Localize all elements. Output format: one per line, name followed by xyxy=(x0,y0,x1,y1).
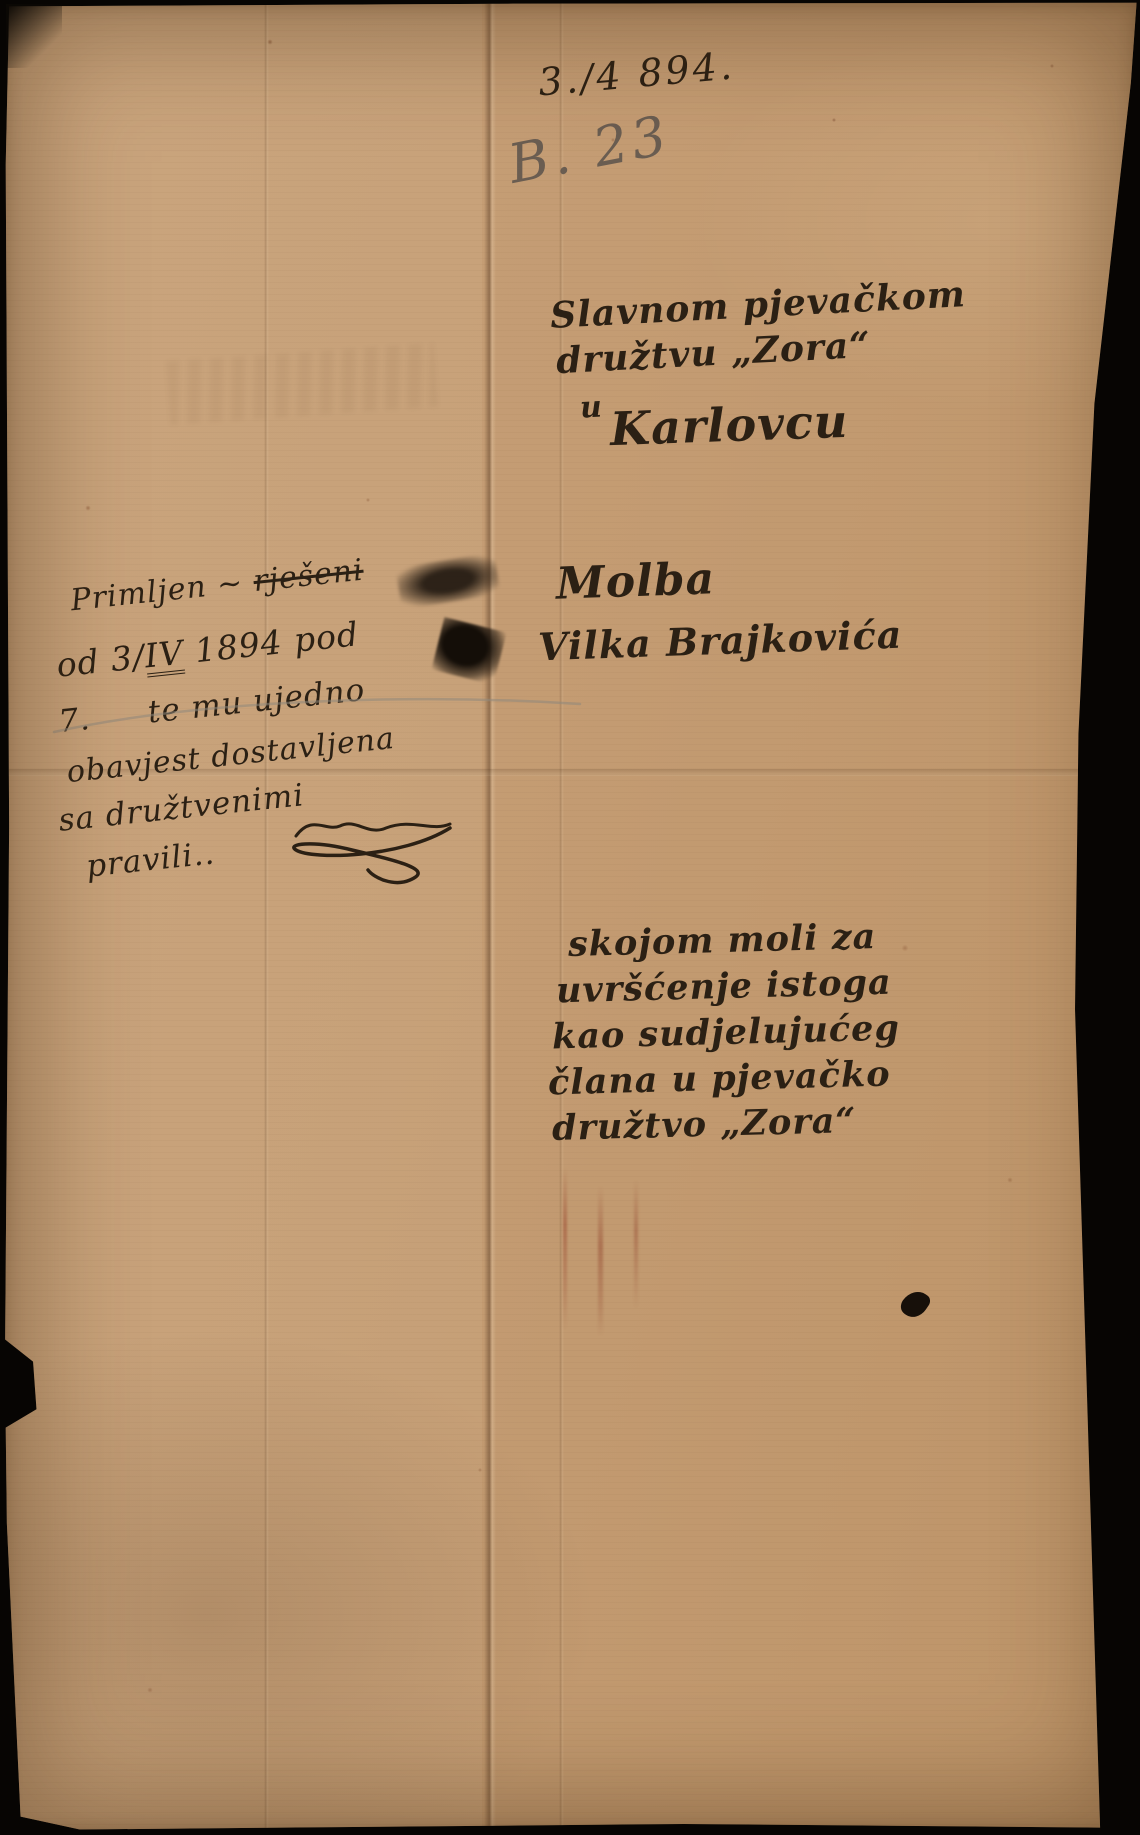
signature-paraph xyxy=(282,806,472,898)
body-line-1: skojom moli za xyxy=(568,916,877,965)
torn-corner-shadow xyxy=(6,4,62,68)
subject-title: Molba xyxy=(555,553,716,610)
recipient-line-1: Slavnom pjevačkom xyxy=(549,273,967,337)
vertical-crease-left-leaf xyxy=(264,0,269,1835)
ink-spot xyxy=(897,1286,933,1323)
body-line-3: kao sudjelujućeg xyxy=(552,1007,901,1057)
stain-streak xyxy=(563,1168,567,1330)
registry-note-line-1-text: Primljen ~ xyxy=(69,564,255,618)
ink-date-annotation: 3./4 894. xyxy=(536,44,736,105)
body-line-4: člana u pjevačko xyxy=(548,1054,892,1104)
ink-showthrough-ghost xyxy=(166,343,438,426)
registry-note-date-prefix: od 3/ xyxy=(55,637,147,685)
stain-streak xyxy=(598,1186,603,1336)
pencil-stroke xyxy=(48,688,588,740)
registry-note-month-numeral: IV xyxy=(143,636,186,678)
registry-note-line-2: od 3/IV 1894 pod xyxy=(55,614,361,687)
registry-note-line-1: Primljen ~ rješeni xyxy=(69,553,365,619)
registry-note-line-6: pravili.. xyxy=(84,835,216,884)
recipient-line-3: u xyxy=(579,389,604,425)
applicant-name: Vilka Brajkovića xyxy=(537,612,903,670)
vertical-crease-right-leaf xyxy=(559,0,564,1835)
stain-streak xyxy=(634,1180,638,1308)
leaf-junction-fold xyxy=(484,0,496,1835)
pencil-reference-number: B. 23 xyxy=(503,103,675,196)
body-line-2: uvršćenje istoga xyxy=(556,962,893,1012)
paper-sheet: 3./4 894. B. 23 Slavnom pjevačkom družtv… xyxy=(0,0,1140,1835)
body-line-5: družtvo „Zora“ xyxy=(552,1100,858,1149)
edge-vignette xyxy=(0,0,1140,1835)
registry-note-date-suffix: 1894 pod xyxy=(181,614,360,671)
recipient-city: Karlovcu xyxy=(609,394,849,456)
paper-texture xyxy=(0,0,1140,1835)
document-scan: 3./4 894. B. 23 Slavnom pjevačkom družtv… xyxy=(0,0,1140,1835)
